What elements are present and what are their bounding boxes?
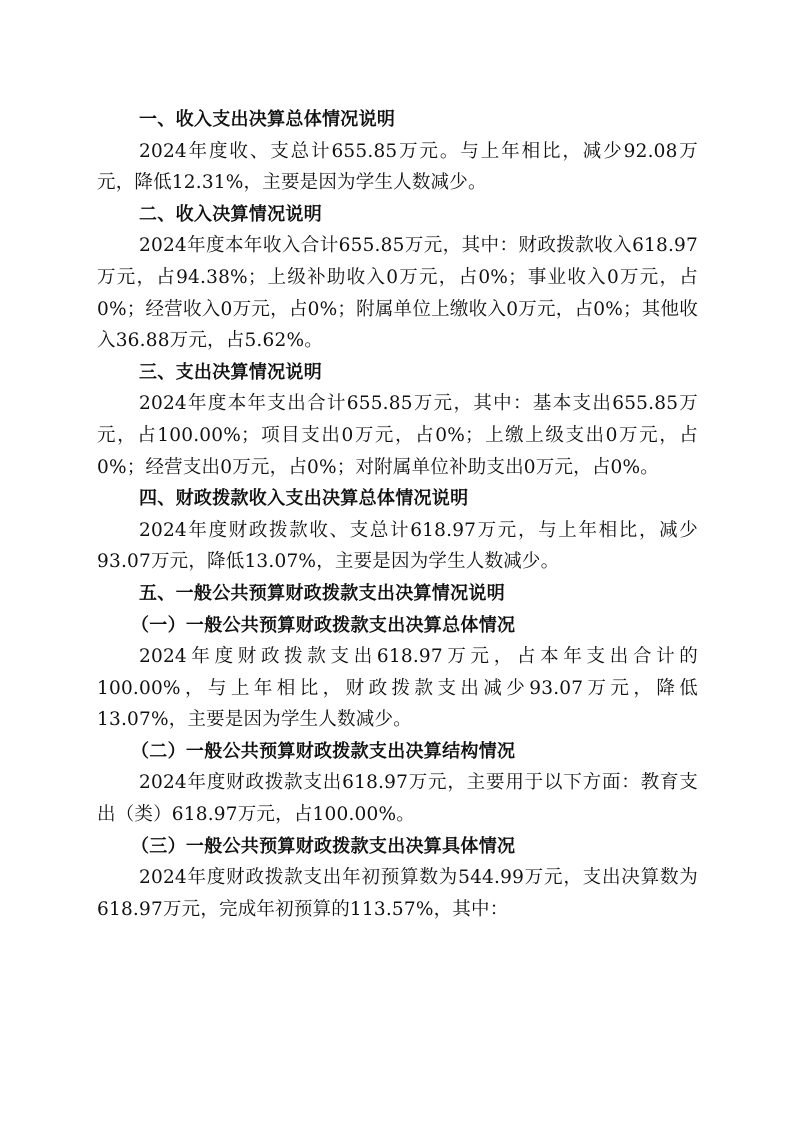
subsection-paragraph: 2024年度财政拨款支出618.97万元，占本年支出合计的100.00%，与上年… xyxy=(97,641,698,736)
section-heading: 四、财政拨款收入支出决算总体情况说明 xyxy=(97,483,698,515)
section-heading: 五、一般公共预算财政拨款支出决算情况说明 xyxy=(97,578,698,610)
section-income-expenditure-overview: 一、收入支出决算总体情况说明 2024年度收、支总计655.85万元。与上年相比… xyxy=(97,104,698,199)
subsection-structure: （二）一般公共预算财政拨款支出决算结构情况 2024年度财政拨款支出618.97… xyxy=(97,736,698,831)
subsection-overall: （一）一般公共预算财政拨款支出决算总体情况 2024年度财政拨款支出618.97… xyxy=(97,610,698,736)
subsection-heading: （二）一般公共预算财政拨款支出决算结构情况 xyxy=(97,736,698,768)
section-expenditure-statement: 三、支出决算情况说明 2024年度本年支出合计655.85万元，其中：基本支出6… xyxy=(97,357,698,483)
section-heading: 一、收入支出决算总体情况说明 xyxy=(97,104,698,136)
section-income-statement: 二、收入决算情况说明 2024年度本年收入合计655.85万元，其中：财政拨款收… xyxy=(97,199,698,357)
section-paragraph: 2024年度本年支出合计655.85万元，其中：基本支出655.85万元，占10… xyxy=(97,388,698,483)
subsection-details: （三）一般公共预算财政拨款支出决算具体情况 2024年度财政拨款支出年初预算数为… xyxy=(97,831,698,926)
document-page: 一、收入支出决算总体情况说明 2024年度收、支总计655.85万元。与上年相比… xyxy=(97,104,698,925)
section-heading: 三、支出决算情况说明 xyxy=(97,357,698,389)
section-general-public-budget: 五、一般公共预算财政拨款支出决算情况说明 （一）一般公共预算财政拨款支出决算总体… xyxy=(97,578,698,926)
section-paragraph: 2024年度财政拨款收、支总计618.97万元，与上年相比，减少93.07万元，… xyxy=(97,515,698,578)
subsection-paragraph: 2024年度财政拨款支出618.97万元，主要用于以下方面：教育支出（类）618… xyxy=(97,767,698,830)
section-paragraph: 2024年度收、支总计655.85万元。与上年相比，减少92.08万元，降低12… xyxy=(97,136,698,199)
section-paragraph: 2024年度本年收入合计655.85万元，其中：财政拨款收入618.97万元，占… xyxy=(97,230,698,356)
subsection-paragraph: 2024年度财政拨款支出年初预算数为544.99万元，支出决算数为618.97万… xyxy=(97,862,698,925)
section-fiscal-appropriation-overview: 四、财政拨款收入支出决算总体情况说明 2024年度财政拨款收、支总计618.97… xyxy=(97,483,698,578)
subsection-heading: （三）一般公共预算财政拨款支出决算具体情况 xyxy=(97,831,698,863)
subsection-heading: （一）一般公共预算财政拨款支出决算总体情况 xyxy=(97,610,698,642)
section-heading: 二、收入决算情况说明 xyxy=(97,199,698,231)
